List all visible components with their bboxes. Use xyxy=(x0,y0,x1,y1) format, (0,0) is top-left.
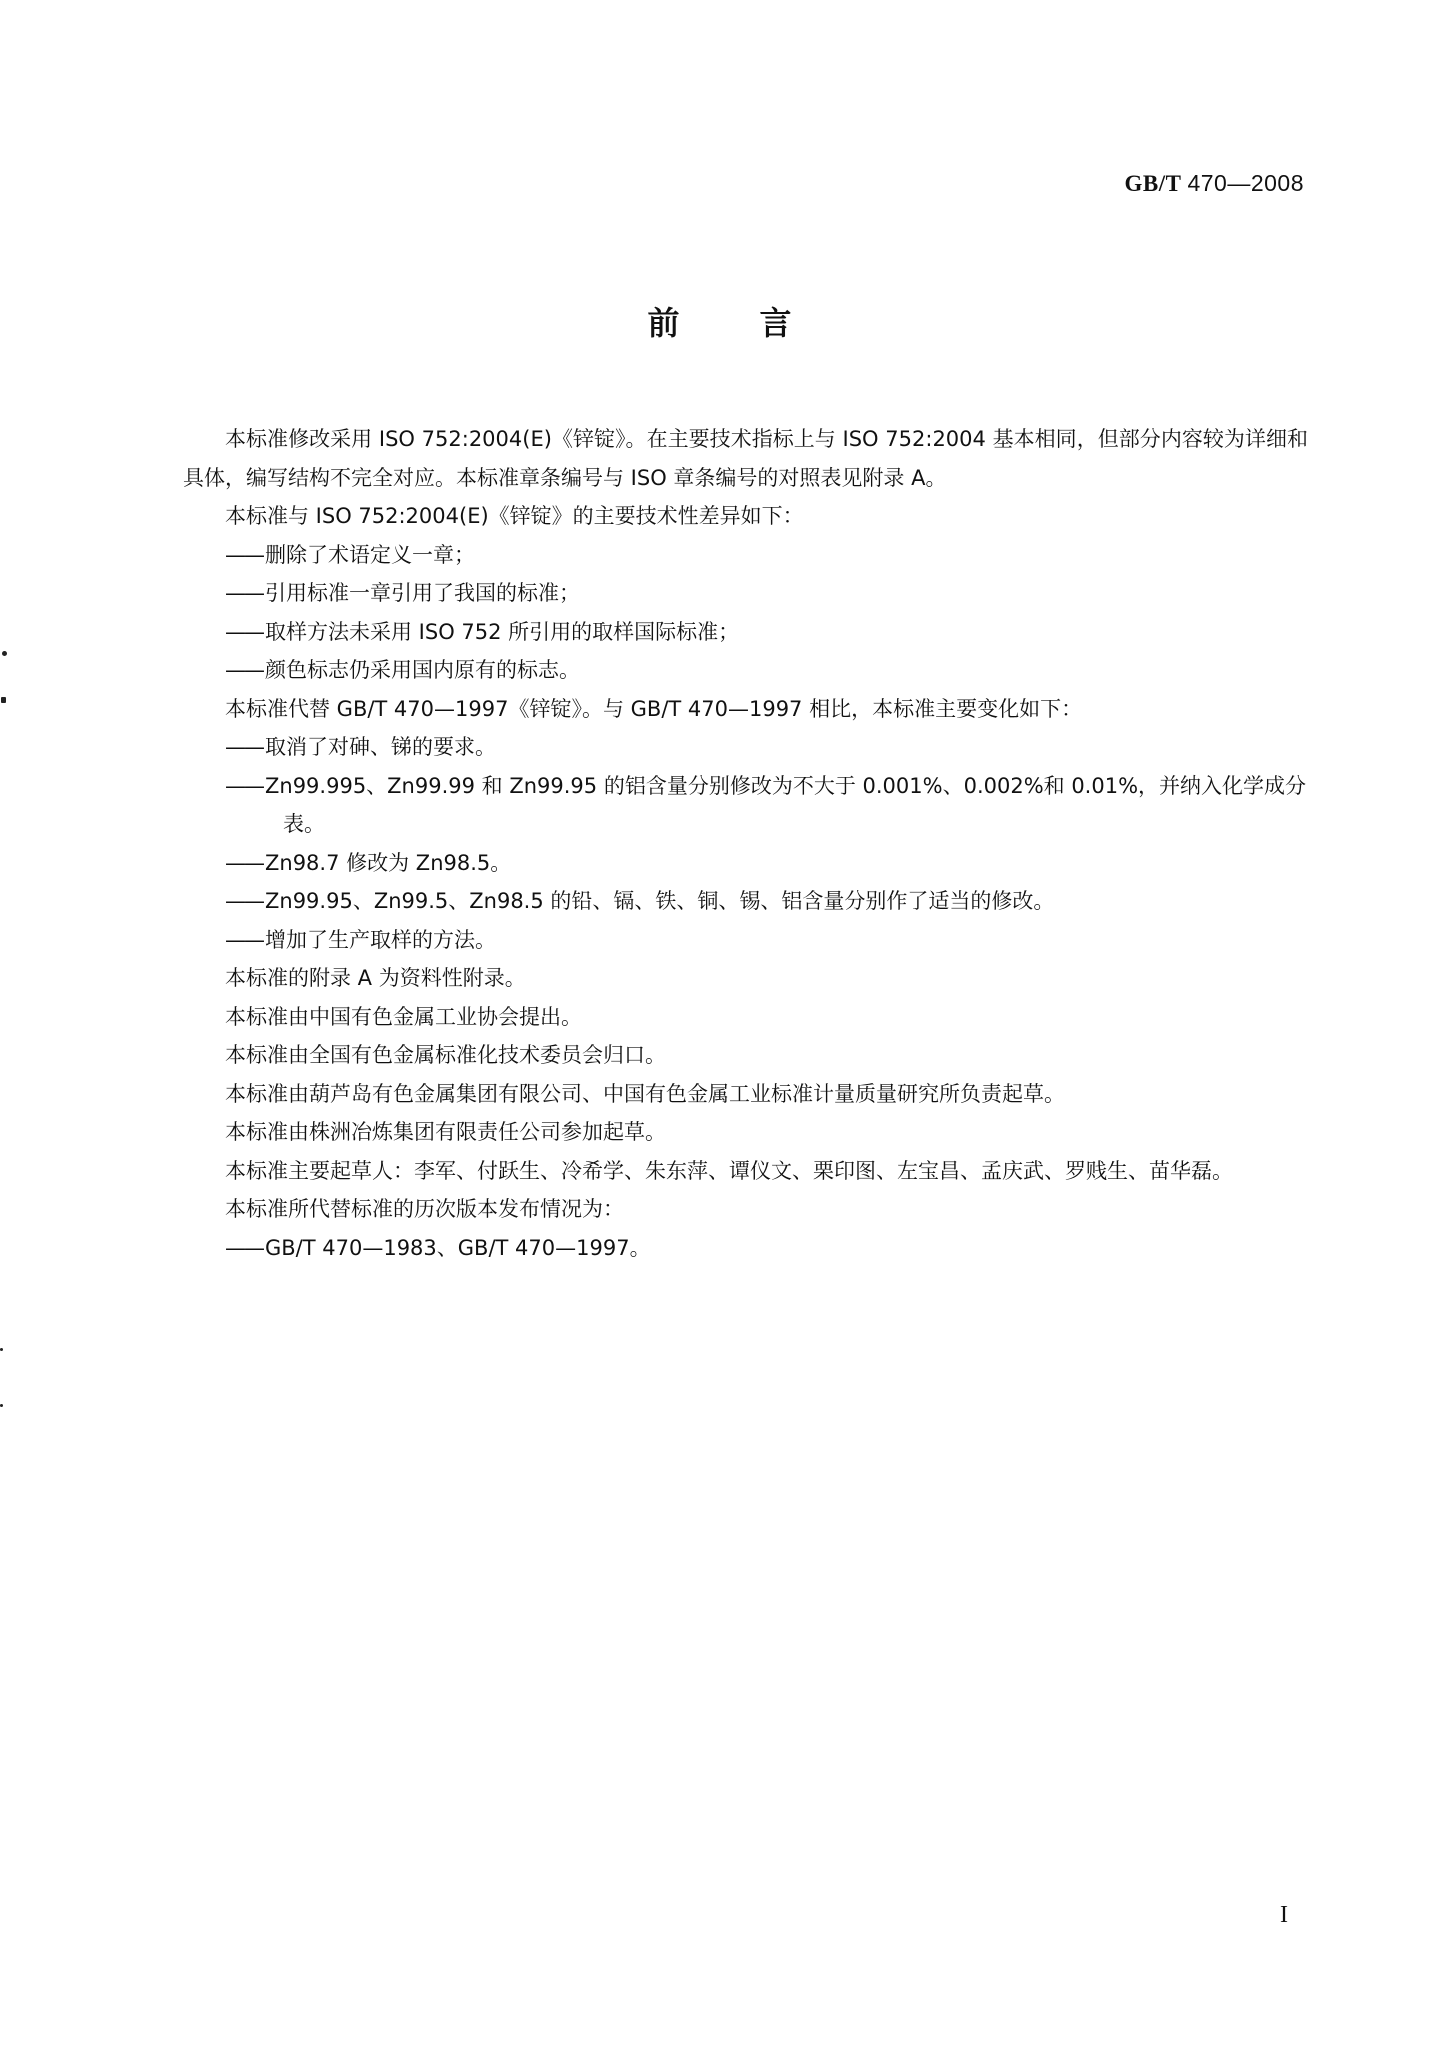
foreword-body: 本标准修改采用 ISO 752:2004(E)《锌锭》。在主要技术指标上与 IS… xyxy=(183,420,1308,1267)
list-item-text: Zn99.95、Zn99.5、Zn98.5 的铅、镉、铁、铜、锡、铝含量分别作了… xyxy=(265,889,1054,913)
list-item-text: 颜色标志仍采用国内原有的标志。 xyxy=(265,658,580,682)
list-item: ——增加了生产取样的方法。 xyxy=(183,921,1308,960)
dash-marker: —— xyxy=(225,658,263,682)
list-item-text: Zn99.995、Zn99.99 和 Zn99.95 的铝含量分别修改为不大于 … xyxy=(265,774,1306,837)
list-item-text: 取样方法未采用 ISO 752 所引用的取样国际标准； xyxy=(265,620,739,644)
paragraph: 本标准的附录 A 为资料性附录。 xyxy=(183,959,1308,998)
dash-marker: —— xyxy=(225,851,263,875)
scan-speck xyxy=(0,1348,3,1351)
title-char-2: 言 xyxy=(760,298,792,344)
dash-marker: —— xyxy=(225,581,263,605)
list-item-text: 取消了对砷、锑的要求。 xyxy=(265,735,496,759)
document-code-prefix: GB/T xyxy=(1124,171,1181,196)
title-char-1: 前 xyxy=(647,298,679,344)
paragraph: 本标准由葫芦岛有色金属集团有限公司、中国有色金属工业标准计量质量研究所负责起草。 xyxy=(183,1075,1308,1114)
dash-marker: —— xyxy=(225,774,263,798)
paragraph: 本标准主要起草人：李军、付跃生、冷希学、朱东萍、谭仪文、栗印图、左宝昌、孟庆武、… xyxy=(183,1152,1308,1191)
list-item-text: 删除了术语定义一章； xyxy=(265,543,475,567)
list-item: ——Zn98.7 修改为 Zn98.5。 xyxy=(183,844,1308,883)
list-item: ——GB/T 470—1983、GB/T 470—1997。 xyxy=(183,1229,1308,1268)
dash-marker: —— xyxy=(225,1236,263,1260)
list-item-text: 增加了生产取样的方法。 xyxy=(265,928,496,952)
list-item: ——取样方法未采用 ISO 752 所引用的取样国际标准； xyxy=(183,613,1308,652)
list-item-text: GB/T 470—1983、GB/T 470—1997。 xyxy=(265,1236,651,1260)
dash-marker: —— xyxy=(225,928,263,952)
dash-marker: —— xyxy=(225,889,263,913)
list-item: ——删除了术语定义一章； xyxy=(183,536,1308,575)
document-code-number: 470—2008 xyxy=(1187,170,1304,196)
list-item: ——Zn99.995、Zn99.99 和 Zn99.95 的铝含量分别修改为不大… xyxy=(183,767,1308,844)
list-item: ——引用标准一章引用了我国的标准； xyxy=(183,574,1308,613)
document-code: GB/T470—2008 xyxy=(1124,170,1304,197)
page-number: I xyxy=(1280,1902,1288,1929)
paragraph: 本标准由全国有色金属标准化技术委员会归口。 xyxy=(183,1036,1308,1075)
paragraph: 本标准由株洲冶炼集团有限责任公司参加起草。 xyxy=(183,1113,1308,1152)
scan-speck xyxy=(2,651,7,656)
dash-marker: —— xyxy=(225,620,263,644)
list-item: ——颜色标志仍采用国内原有的标志。 xyxy=(183,651,1308,690)
scan-speck xyxy=(0,1404,3,1407)
paragraph: 本标准由中国有色金属工业协会提出。 xyxy=(183,998,1308,1037)
list-item: ——取消了对砷、锑的要求。 xyxy=(183,728,1308,767)
list-item: ——Zn99.95、Zn99.5、Zn98.5 的铅、镉、铁、铜、锡、铝含量分别… xyxy=(183,882,1308,921)
paragraph: 本标准与 ISO 752:2004(E)《锌锭》的主要技术性差异如下： xyxy=(183,497,1308,536)
scan-speck xyxy=(1,697,6,703)
dash-marker: —— xyxy=(225,543,263,567)
list-item-text: 引用标准一章引用了我国的标准； xyxy=(265,581,580,605)
list-item-text: Zn98.7 修改为 Zn98.5。 xyxy=(265,851,511,875)
paragraph: 本标准所代替标准的历次版本发布情况为： xyxy=(183,1190,1308,1229)
dash-marker: —— xyxy=(225,735,263,759)
page-title: 前言 xyxy=(0,298,1439,344)
paragraph: 本标准修改采用 ISO 752:2004(E)《锌锭》。在主要技术指标上与 IS… xyxy=(183,420,1308,497)
paragraph: 本标准代替 GB/T 470—1997《锌锭》。与 GB/T 470—1997 … xyxy=(183,690,1308,729)
